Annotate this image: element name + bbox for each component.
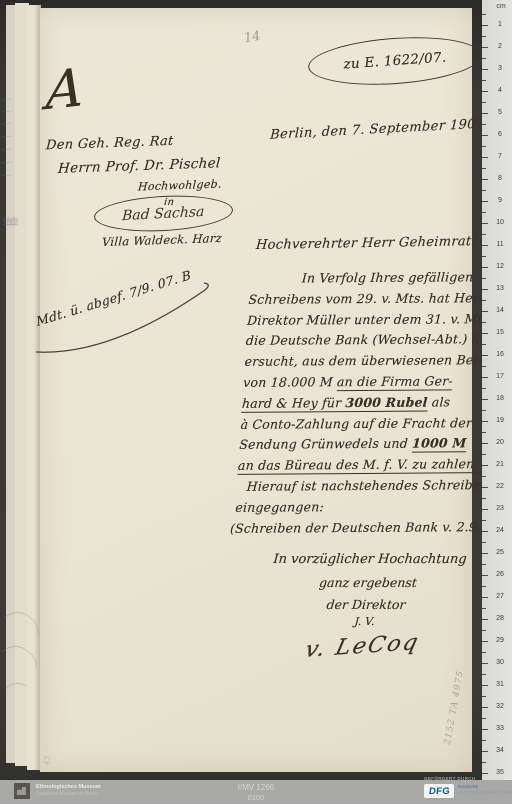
- ruler-tick-half: [482, 740, 486, 741]
- ruler-tick-half: [482, 322, 486, 323]
- ruler-tick-cm: [482, 509, 488, 510]
- ruler-tick-cm: [482, 685, 488, 686]
- ruler-tick-cm: [482, 553, 488, 554]
- body-text-segment: Direktor Müller unter dem 31. v. Mts.: [247, 311, 494, 328]
- shelfmark: I/MV 1266: [196, 783, 316, 792]
- body-line: Direktor Müller unter dem 31. v. Mts.: [247, 309, 484, 331]
- dfg-logo: DFG: [424, 784, 454, 798]
- ruler-tick-half: [482, 58, 486, 59]
- body-line: Sendung Grünwedels und 1000 M: [239, 434, 476, 456]
- ruler-number: 7: [490, 153, 510, 160]
- ruler-tick-half: [482, 146, 486, 147]
- ruler-tick-half: [482, 190, 486, 191]
- ruler-number: 34: [490, 747, 510, 754]
- letter-initial: A: [45, 62, 84, 118]
- ruler-number: 16: [490, 351, 510, 358]
- dfg-name-line2: Forschungsgemeinschaft: [458, 791, 512, 797]
- ruler-number: 1: [490, 21, 510, 28]
- ruler-tick-cm: [482, 179, 488, 180]
- ruler-tick-half: [482, 454, 486, 455]
- ruler-tick-half: [482, 762, 486, 763]
- body-line: ersucht, aus dem überwiesenen Betrage: [244, 350, 481, 372]
- ruler-tick-half: [482, 36, 486, 37]
- ruler-tick-cm: [482, 223, 488, 224]
- body-line: an das Büreau des M. f. V. zu zahlen.: [237, 454, 474, 476]
- ruler-tick-half: [482, 652, 486, 653]
- ruler-tick-cm: [482, 729, 488, 730]
- ruler-number: 5: [490, 109, 510, 116]
- ruler-number: 6: [490, 131, 510, 138]
- ruler-number: 23: [490, 505, 510, 512]
- body-line: von 18.000 M an die Firma Ger-: [243, 371, 480, 393]
- ruler-number: 29: [490, 637, 510, 644]
- ruler-number: 30: [490, 659, 510, 666]
- dfg-name: Deutsche Forschungsgemeinschaft: [458, 785, 512, 797]
- body-text-segment: 1000 M: [412, 436, 467, 453]
- ruler-number: 21: [490, 461, 510, 468]
- ruler-tick-cm: [482, 311, 488, 312]
- ruler-tick-cm: [482, 69, 488, 70]
- body-text-segment: (Schreiben der Deutschen Bank v. 2.9.07)…: [230, 518, 508, 535]
- ruler-tick-cm: [482, 289, 488, 290]
- ruler-tick-half: [482, 256, 486, 257]
- ruler-tick-cm: [482, 619, 488, 620]
- ruler-tick-half: [482, 674, 486, 675]
- ruler-tick-cm: [482, 641, 488, 642]
- ruler-tick-cm: [482, 773, 488, 774]
- ruler-tick-half: [482, 542, 486, 543]
- scanned-letter-view: 14 zu E. 1622/07. A Den Geh. Reg. Rat He…: [0, 0, 512, 804]
- ruler-number: 18: [490, 395, 510, 402]
- body-text-segment: hard & Hey für: [241, 395, 346, 413]
- museum-logo-icon: [14, 783, 30, 799]
- ruler-tick-cm: [482, 399, 488, 400]
- funding-label: GEFÖRDERT DURCH: [424, 776, 476, 781]
- ruler-number: 33: [490, 725, 510, 732]
- ruler-unit-label: cm: [491, 3, 511, 10]
- closing-block: In vorzüglicher Hochachtung ganz ergeben…: [247, 552, 484, 659]
- body-line: In Verfolg Ihres gefälligen: [249, 267, 486, 289]
- ruler-tick-half: [482, 80, 486, 81]
- ruler-number: 13: [490, 285, 510, 292]
- closing-line-1: In vorzüglicher Hochachtung: [255, 552, 484, 567]
- ruler-tick-cm: [482, 531, 488, 532]
- body-line: à Conto-Zahlung auf die Fracht der: [240, 413, 477, 435]
- ruler-tick-half: [482, 124, 486, 125]
- body-text-segment: an das Büreau des M. f. V. zu zahlen.: [237, 456, 479, 475]
- ruler-number: 4: [490, 87, 510, 94]
- ruler-number: 17: [490, 373, 510, 380]
- museum-subtitle: Staatliche Museen zu Berlin: [36, 791, 101, 798]
- ruler-number: 10: [490, 219, 510, 226]
- ruler-number: 28: [490, 615, 510, 622]
- ruler-number: 27: [490, 593, 510, 600]
- ruler-number: 24: [490, 527, 510, 534]
- ruler-tick-half: [482, 520, 486, 521]
- ruler-tick-half: [482, 586, 486, 587]
- ruler-number: 12: [490, 263, 510, 270]
- ruler-number: 22: [490, 483, 510, 490]
- ruler-tick-half: [482, 168, 486, 169]
- ruler-tick-cm: [482, 597, 488, 598]
- letter-body: In Verfolg Ihres gefälligenSchreibens vo…: [233, 267, 486, 539]
- footer-bar: Ethnologisches Museum Staatliche Museen …: [0, 780, 512, 804]
- ruler-tick-cm: [482, 113, 488, 114]
- ruler-number: 35: [490, 769, 510, 776]
- ruler-tick-cm: [482, 443, 488, 444]
- ruler-tick-half: [482, 564, 486, 565]
- ruler-tick-half: [482, 344, 486, 345]
- ruler-tick-cm: [482, 91, 488, 92]
- ruler-number: 20: [490, 439, 510, 446]
- ruler-number: 31: [490, 681, 510, 688]
- ruler-tick-half: [482, 300, 486, 301]
- ruler-tick-half: [482, 410, 486, 411]
- corner-pencil-note: 45: [42, 755, 52, 766]
- recipient-town: Bad Sachsa: [122, 203, 205, 223]
- ruler-tick-cm: [482, 487, 488, 488]
- closing-line-2: ganz ergebenst: [253, 575, 482, 590]
- body-text-segment: 3000 Rubel: [345, 394, 428, 412]
- body-text-segment: In Verfolg Ihres gefälligen: [301, 269, 473, 285]
- dfg-abbreviation: DFG: [428, 786, 450, 797]
- body-line: (Schreiben der Deutschen Bank v. 2.9.07)…: [229, 517, 470, 539]
- body-line: eingegangen:: [235, 496, 472, 518]
- body-text-segment: Sendung Grünwedels und: [239, 436, 413, 452]
- ruler-tick-cm: [482, 201, 488, 202]
- ruler-tick-cm: [482, 465, 488, 466]
- body-text-segment: ersucht, aus dem überwiesenen Betrage: [244, 352, 509, 369]
- ruler-tick-half: [482, 212, 486, 213]
- body-text-segment: von 18.000 M: [243, 374, 338, 390]
- museum-name: Ethnologisches Museum: [36, 784, 101, 791]
- museum-logo-glyph: [17, 787, 26, 795]
- ruler-tick-half: [482, 234, 486, 235]
- ruler-tick-half: [482, 278, 486, 279]
- ruler-number: 8: [490, 175, 510, 182]
- body-line: hard & Hey für 3000 Rubel als: [241, 392, 478, 414]
- ruler-tick-half: [482, 388, 486, 389]
- body-text-segment: Hierauf ist nachstehendes Schreiben: [246, 477, 489, 494]
- ruler-number: 11: [490, 241, 510, 248]
- ruler-tick-cm: [482, 663, 488, 664]
- pencil-page-number: 14: [243, 29, 262, 47]
- ruler-tick-cm: [482, 47, 488, 48]
- ruler-tick-cm: [482, 575, 488, 576]
- body-text-segment: als: [427, 394, 451, 409]
- ruler-number: 14: [490, 307, 510, 314]
- ruler-number: 32: [490, 703, 510, 710]
- ruler-number: 19: [490, 417, 510, 424]
- ruler-tick-cm: [482, 245, 488, 246]
- body-text-segment: an die Firma Ger-: [336, 373, 453, 391]
- ruler: cm12345678910111213141516171819202122232…: [482, 0, 512, 780]
- ruler-tick-half: [482, 14, 486, 15]
- center-reference: I/MV 1266 0100: [196, 783, 316, 802]
- body-line: Schreibens vom 29. v. Mts. hat Herr: [248, 288, 485, 310]
- ghost-text-fragment: Ueb: [3, 216, 18, 225]
- ruler-tick-half: [482, 366, 486, 367]
- ruler-tick-cm: [482, 377, 488, 378]
- body-line: die Deutsche Bank (Wechsel-Abt.) hier: [245, 330, 482, 352]
- ruler-tick-cm: [482, 333, 488, 334]
- ruler-tick-cm: [482, 421, 488, 422]
- ruler-tick-half: [482, 476, 486, 477]
- closing-line-4: J. V.: [250, 615, 479, 628]
- ruler-tick-cm: [482, 355, 488, 356]
- body-line: Hierauf ist nachstehendes Schreiben: [236, 475, 473, 497]
- body-text-segment: à Conto-Zahlung auf die Fracht der: [240, 415, 472, 432]
- ruler-tick-cm: [482, 707, 488, 708]
- ruler-number: 15: [490, 329, 510, 336]
- ruler-number: 2: [490, 43, 510, 50]
- ruler-tick-half: [482, 102, 486, 103]
- image-number: 0100: [196, 793, 316, 802]
- closing-line-3: der Direktor: [251, 597, 480, 612]
- ruler-tick-cm: [482, 135, 488, 136]
- museum-text: Ethnologisches Museum Staatliche Museen …: [36, 784, 101, 798]
- ruler-number: 9: [490, 197, 510, 204]
- ruler-tick-cm: [482, 267, 488, 268]
- body-text-segment: die Deutsche Bank (Wechsel-Abt.) hier: [245, 331, 498, 348]
- ruler-tick-half: [482, 696, 486, 697]
- ruler-tick-half: [482, 718, 486, 719]
- ruler-tick-half: [482, 630, 486, 631]
- ruler-number: 26: [490, 571, 510, 578]
- ruler-tick-cm: [482, 157, 488, 158]
- body-text-segment: Schreibens vom 29. v. Mts. hat Herr: [248, 290, 486, 307]
- ruler-tick-cm: [482, 25, 488, 26]
- ruler-number: 25: [490, 549, 510, 556]
- ruler-tick-half: [482, 432, 486, 433]
- ruler-tick-cm: [482, 751, 488, 752]
- ruler-tick-half: [482, 608, 486, 609]
- registry-reference: zu E. 1622/07.: [343, 49, 447, 72]
- ruler-number: 3: [490, 65, 510, 72]
- body-text-segment: eingegangen:: [235, 499, 324, 515]
- ruler-tick-half: [482, 498, 486, 499]
